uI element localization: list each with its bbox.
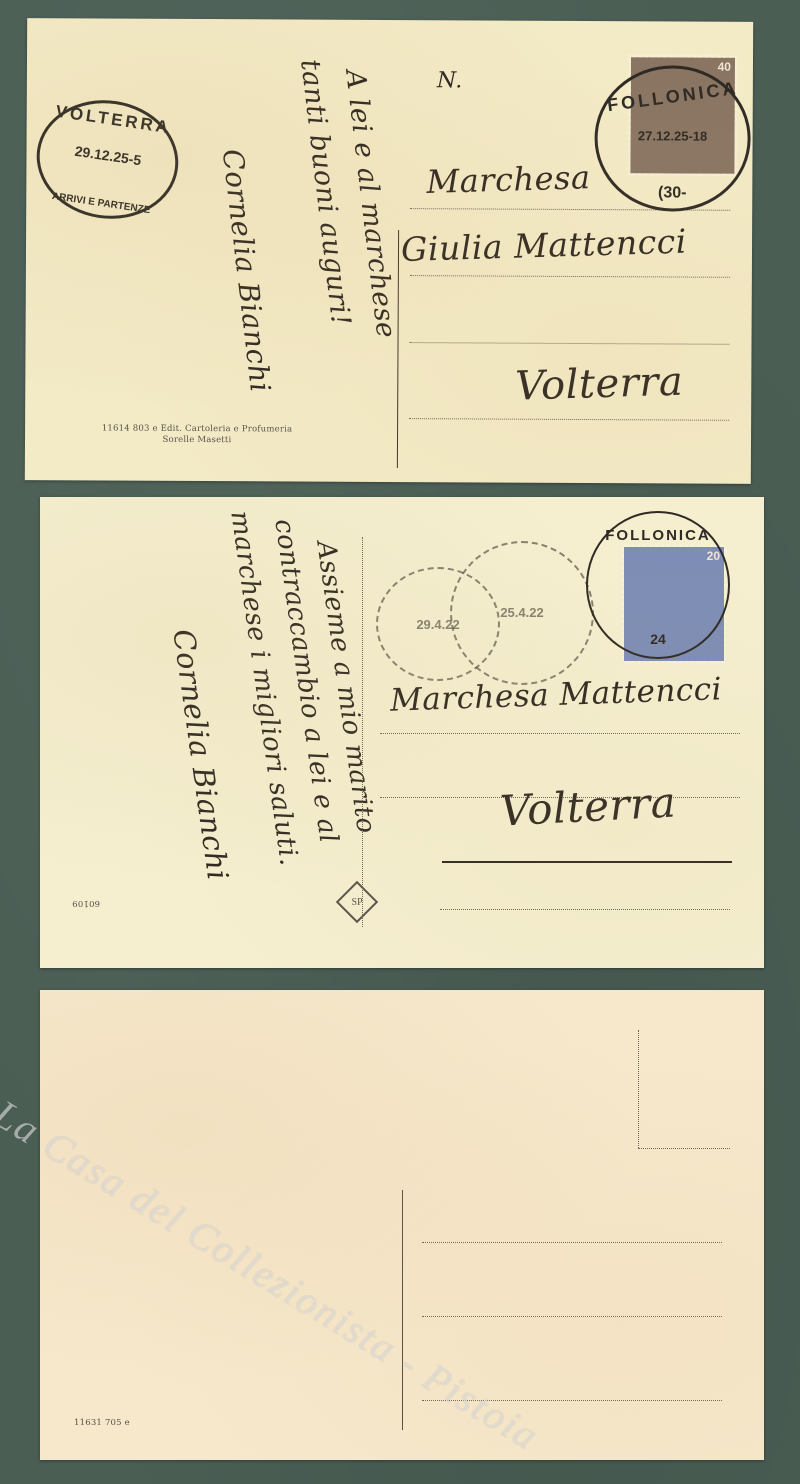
postcard-2: Assieme a mio marito contraccambio a lei… [40, 497, 764, 968]
stamp-box-left [638, 1030, 639, 1148]
message-signature: Cornelia Bianchi [216, 147, 277, 394]
center-divider [397, 230, 399, 468]
address-underline [442, 861, 732, 863]
address-line-2 [410, 275, 730, 278]
address-line-2 [422, 1316, 722, 1317]
address-line-3 [410, 342, 730, 345]
publisher-imprint: 11614 803 e Edit. Cartoleria e Profumeri… [67, 423, 327, 446]
address-line-1 [422, 1242, 722, 1243]
publisher-imprint: 11631 705 e [74, 1418, 130, 1429]
center-divider [362, 537, 363, 927]
postmark-follonica: FOLLONICA 27.12.25-18 (30- [594, 65, 751, 212]
address-city: Volterra [515, 359, 684, 410]
stamp-box-bottom [638, 1148, 730, 1149]
serial-number: 60109 [72, 897, 100, 908]
postcard-1: VOLTERRA 29.12.25-5 ARRIVI E PARTENZE A … [25, 18, 753, 484]
message-signature: Cornelia Bianchi [166, 627, 235, 882]
address-line-1 [380, 733, 740, 734]
postmark-volterra: VOLTERRA 29.12.25-5 ARRIVI E PARTENZE [29, 91, 187, 228]
address-city: Volterra [499, 777, 677, 835]
address-name: Giulia Mattencci [401, 222, 688, 269]
postmark-transit: 25.4.22 [450, 541, 594, 685]
address-prefix: N. [437, 68, 463, 93]
address-title: Marchesa [426, 158, 591, 201]
address-line-3 [440, 909, 730, 910]
address-line-4 [409, 418, 729, 421]
postmark-follonica: FOLLONICA 24 [586, 511, 730, 659]
center-divider [402, 1190, 403, 1430]
publisher-logo: SP [336, 881, 378, 923]
